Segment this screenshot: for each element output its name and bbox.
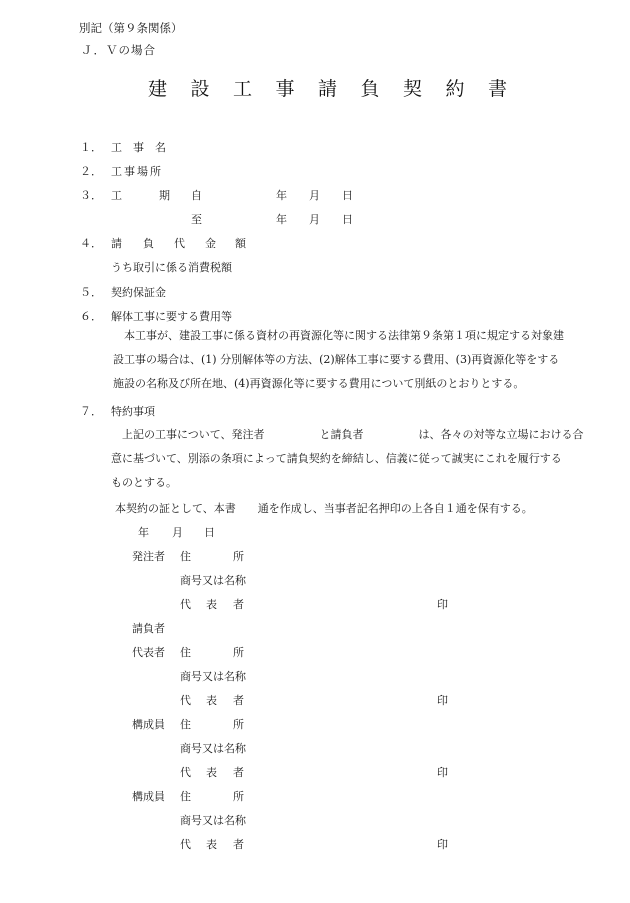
address-label-part: 住 xyxy=(180,790,191,804)
company-name-label: 商号又は名称 xyxy=(180,742,246,756)
period-from-label: 自 xyxy=(191,189,202,203)
address-label-part: 所 xyxy=(233,646,244,660)
rep-label-part: 表 xyxy=(206,694,217,708)
item-2-label: 工事場所 xyxy=(111,165,163,179)
title-char: 書 xyxy=(488,77,531,101)
item-7-paragraph: 上記の工事について、発注者 と請負者 は、各々の対等な立場における合 意に基づい… xyxy=(111,423,556,495)
item-6-label: 解体工事に要する費用等 xyxy=(111,310,232,324)
member-label: 構成員 xyxy=(132,718,165,732)
item-4-label-part: 代 xyxy=(174,237,185,251)
rep-label-part: 者 xyxy=(233,766,244,780)
item-4-label-part: 金 xyxy=(205,237,216,251)
period-to-label: 至 xyxy=(191,213,202,227)
closing-year-unit: 年 xyxy=(138,526,149,540)
address-label-part: 所 xyxy=(233,550,244,564)
item-4-label-part: 額 xyxy=(235,237,246,251)
to-month-unit: 月 xyxy=(309,213,320,227)
seal-mark: 印 xyxy=(437,694,448,708)
appendix-label: 別記（第９条関係） xyxy=(79,21,183,35)
from-day-unit: 日 xyxy=(342,189,353,203)
consumption-tax-label: うち取引に係る消費税額 xyxy=(111,261,232,275)
item-7-label: 特約事項 xyxy=(111,405,155,419)
paragraph-line: 本工事が、建設工事に係る資材の再資源化等に関する法律第９条第１項に規定する対象建 xyxy=(113,324,558,348)
jv-case-label: Ｊ．Ｖの場合 xyxy=(81,43,156,57)
rep-label-part: 代 xyxy=(180,838,191,852)
item-5-number: ５． xyxy=(80,286,102,300)
contractor-label: 請負者 xyxy=(132,622,165,636)
item-2-number: ２． xyxy=(80,165,102,179)
closing-statement: 本契約の証として、本書 通を作成し、当事者記名押印の上各自１通を保有する。 xyxy=(115,502,533,516)
paragraph-line: 上記の工事について、発注者 と請負者 は、各々の対等な立場における合 xyxy=(111,423,556,447)
item-3-label-part: 工 xyxy=(111,189,122,203)
paragraph-line: ものとする。 xyxy=(111,471,556,495)
seal-mark: 印 xyxy=(437,766,448,780)
representative-label: 代表者 xyxy=(132,646,165,660)
rep-label-part: 表 xyxy=(206,598,217,612)
address-label-part: 住 xyxy=(180,718,191,732)
title-char: 約 xyxy=(446,77,489,101)
seal-mark: 印 xyxy=(437,598,448,612)
item-1-number: １． xyxy=(80,141,102,155)
item-5-label: 契約保証金 xyxy=(111,286,166,300)
item-4-number: ４． xyxy=(80,237,102,251)
title-char: 請 xyxy=(318,77,361,101)
seal-mark: 印 xyxy=(437,838,448,852)
title-char: 契 xyxy=(403,77,446,101)
title-char: 負 xyxy=(361,77,404,101)
rep-label-part: 代 xyxy=(180,694,191,708)
item-6-paragraph: 本工事が、建設工事に係る資材の再資源化等に関する法律第９条第１項に規定する対象建… xyxy=(113,324,558,396)
rep-label-part: 代 xyxy=(180,598,191,612)
title-char: 建 xyxy=(148,77,191,101)
title-char: 工 xyxy=(233,77,276,101)
to-day-unit: 日 xyxy=(342,213,353,227)
item-6-number: ６． xyxy=(80,310,102,324)
item-7-number: ７． xyxy=(80,405,102,419)
company-name-label: 商号又は名称 xyxy=(180,574,246,588)
item-4-label-part: 負 xyxy=(143,237,154,251)
from-month-unit: 月 xyxy=(309,189,320,203)
item-4-label-part: 請 xyxy=(111,237,122,251)
document-title: 建設工事請負契約書 xyxy=(148,77,531,101)
rep-label-part: 代 xyxy=(180,766,191,780)
to-year-unit: 年 xyxy=(276,213,287,227)
address-label-part: 住 xyxy=(180,550,191,564)
item-3-label-part: 期 xyxy=(159,189,170,203)
company-name-label: 商号又は名称 xyxy=(180,670,246,684)
from-year-unit: 年 xyxy=(276,189,287,203)
member-label: 構成員 xyxy=(132,790,165,804)
address-label-part: 所 xyxy=(233,718,244,732)
orderer-label: 発注者 xyxy=(132,550,165,564)
closing-day-unit: 日 xyxy=(204,526,215,540)
company-name-label: 商号又は名称 xyxy=(180,814,246,828)
address-label-part: 所 xyxy=(233,790,244,804)
item-3-number: ３． xyxy=(80,189,102,203)
address-label-part: 住 xyxy=(180,646,191,660)
rep-label-part: 者 xyxy=(233,838,244,852)
paragraph-line: 設工事の場合は、(1) 分別解体等の方法、(2)解体工事に要する費用、(3)再資… xyxy=(113,348,558,372)
title-char: 設 xyxy=(191,77,234,101)
contract-document-page: 別記（第９条関係） Ｊ．Ｖの場合 建設工事請負契約書 １． 工 事 名 ２． 工… xyxy=(0,0,630,903)
rep-label-part: 表 xyxy=(206,838,217,852)
item-1-label: 工 事 名 xyxy=(111,141,166,155)
title-char: 事 xyxy=(276,77,319,101)
paragraph-line: 意に基づいて、別添の条項によって請負契約を締結し、信義に従って誠実にこれを履行す… xyxy=(111,447,556,471)
rep-label-part: 者 xyxy=(233,598,244,612)
rep-label-part: 表 xyxy=(206,766,217,780)
rep-label-part: 者 xyxy=(233,694,244,708)
closing-month-unit: 月 xyxy=(172,526,183,540)
paragraph-line: 施設の名称及び所在地、(4)再資源化等に要する費用について別紙のとおりとする。 xyxy=(113,372,558,396)
